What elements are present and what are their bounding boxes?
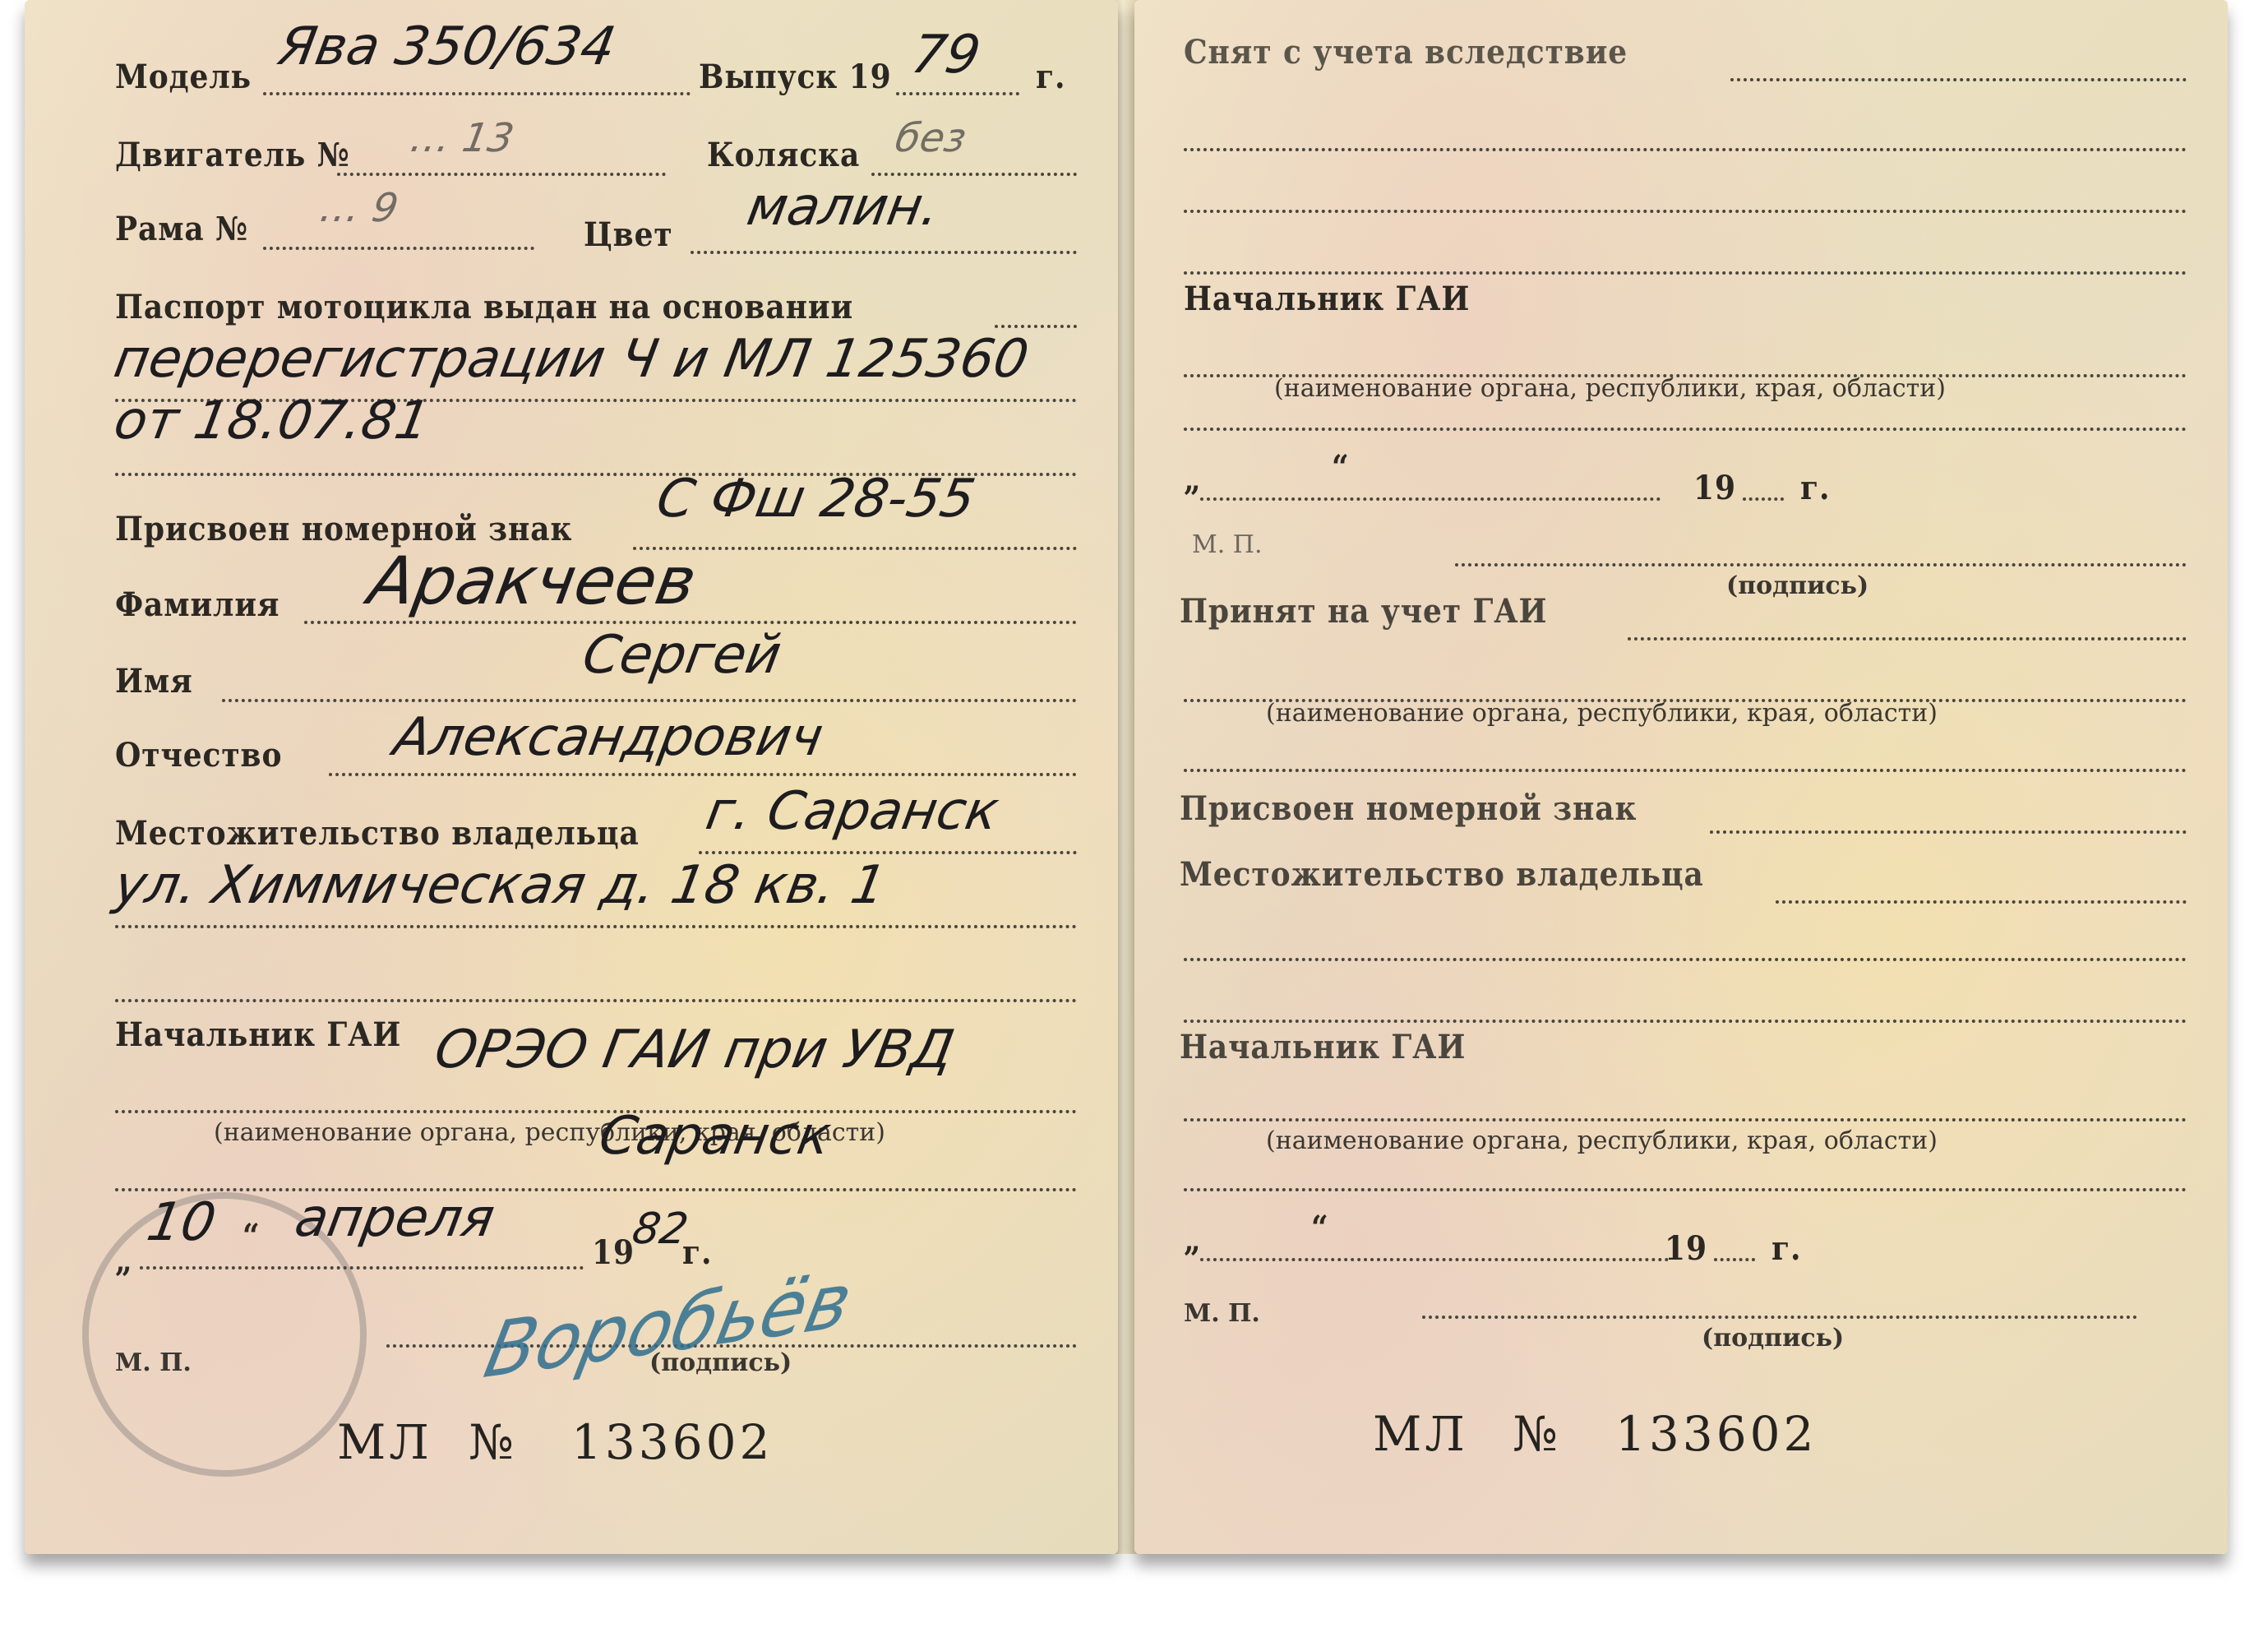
deregistered-field-line — [1730, 78, 2187, 81]
organ-hint-3: (наименование органа, республики, края, … — [1266, 1126, 1938, 1155]
color-field-line — [691, 251, 1077, 254]
residence-value-line1: г. Саранск — [701, 781, 1003, 842]
plate-value: С Фш 28-55 — [652, 469, 979, 530]
year-label: Выпуск 19 — [699, 58, 892, 96]
signature-hint-2: (подпись) — [1702, 1324, 1844, 1353]
chief-label-1: Начальник ГАИ — [1184, 280, 1470, 318]
signature-hint: (подпись) — [649, 1348, 792, 1377]
serial-number: 133602 — [571, 1414, 773, 1470]
organ-field-line-3 — [1184, 1188, 2187, 1191]
serial-series-right: МЛ — [1373, 1406, 1468, 1462]
sidecar-value: без — [892, 115, 970, 161]
stamp-label: М. П. — [115, 1348, 192, 1377]
engine-value: … 13 — [407, 115, 517, 161]
chief-field-line-2 — [115, 1188, 1077, 1191]
date-year-prefix-1: 19 — [1693, 469, 1736, 507]
basis-value-line1: перерегистрации Ч и МЛ 125360 — [109, 329, 1032, 390]
patronymic-label: Отчество — [115, 736, 282, 775]
residence-field-line-right — [1776, 900, 2187, 904]
date-year-prefix-2: 19 — [1665, 1229, 1707, 1268]
year-field-line — [896, 92, 1019, 95]
chief-value-line2: Саранск — [594, 1106, 834, 1167]
residence-field-line-2 — [115, 925, 1077, 928]
model-label: Модель — [115, 58, 252, 96]
deregistered-field-line-3 — [1184, 210, 2187, 213]
date-year-suffix-1: г. — [1800, 469, 1830, 507]
organ-field-line-1 — [1184, 428, 2187, 431]
name-field-line — [222, 699, 1077, 702]
signature-field-line-1 — [1455, 563, 2187, 567]
residence-value-line2: ул. Химмическая д. 18 кв. 1 — [109, 855, 890, 916]
registered-field-line — [1628, 637, 2187, 641]
date-open-quote-1: „ — [1184, 460, 1202, 499]
organ-field-line-2 — [1184, 769, 2187, 772]
serial-no-sign: № — [469, 1414, 517, 1470]
serial-no-sign-right: № — [1513, 1406, 1561, 1462]
date-open-quote: „ — [115, 1242, 133, 1280]
date-field-line-2 — [1200, 1258, 1669, 1261]
chief-value-line1: ОРЭО ГАИ при УВД — [430, 1020, 958, 1080]
frame-field-line — [263, 247, 534, 250]
stamp-label-2: М. П. — [1184, 1299, 1260, 1328]
signature-hint-1: (подпись) — [1726, 571, 1868, 600]
chief-field-line-2 — [1184, 1118, 2187, 1121]
engine-field-line — [337, 173, 666, 176]
date-month: апреля — [290, 1188, 499, 1249]
registered-label: Принят на учет ГАИ — [1180, 592, 1547, 631]
model-field-line — [263, 92, 691, 95]
residence-field-line-right-2 — [1184, 958, 2187, 961]
date-open-quote-2: „ — [1184, 1221, 1202, 1260]
surname-value: Аракчеев — [363, 543, 702, 619]
organ-hint-2: (наименование органа, республики, края, … — [1266, 699, 1938, 728]
date-close-quote-2: “ — [1311, 1209, 1329, 1247]
deregistered-label: Снят с учета вследствие — [1184, 33, 1628, 72]
surname-label: Фамилия — [115, 585, 279, 624]
name-label: Имя — [115, 662, 193, 701]
date-close-quote-1: “ — [1332, 448, 1350, 487]
color-label: Цвет — [584, 215, 673, 254]
residence-field-line-right-3 — [1184, 1020, 2187, 1023]
serial-number-right: 133602 — [1615, 1406, 1817, 1462]
color-value: малин. — [742, 177, 944, 238]
model-value: Ява 350/634 — [274, 16, 620, 77]
stamp-label-1: М. П. — [1192, 530, 1263, 559]
engine-label: Двигатель № — [115, 136, 350, 174]
chief-label: Начальник ГАИ — [115, 1015, 401, 1054]
serial-series: МЛ — [337, 1414, 432, 1470]
year-value: 79 — [907, 25, 984, 86]
sidecar-label: Коляска — [707, 136, 860, 174]
date-year-line-1 — [1743, 497, 1784, 501]
residence-label: Местожительство владельца — [115, 814, 640, 853]
deregistered-field-line-2 — [1184, 148, 2187, 151]
date-year-line-2 — [1714, 1258, 1755, 1261]
patronymic-value: Александрович — [389, 707, 827, 768]
residence-field-line-3 — [115, 999, 1077, 1002]
chief-field-line — [115, 1110, 1077, 1113]
surname-field-line — [304, 621, 1077, 624]
basis-label: Паспорт мотоцикла выдан на основании — [115, 288, 853, 326]
date-field-line-1 — [1200, 497, 1661, 501]
basis-value-line2: от 18.07.81 — [109, 391, 434, 451]
residence-field-line — [699, 851, 1077, 854]
organ-hint-1: (наименование органа, республики, края, … — [1274, 374, 1946, 403]
plate-label-right: Присвоен номерной знак — [1180, 789, 1637, 828]
signature-field-line-2 — [1422, 1316, 2137, 1319]
residence-label-right: Местожительство владельца — [1180, 855, 1704, 894]
plate-field-line-right — [1710, 830, 2187, 834]
deregistered-field-line-4 — [1184, 271, 2187, 275]
right-page: Снят с учета вследствие Начальник ГАИ (н… — [1134, 0, 2228, 1554]
date-field-line — [140, 1266, 584, 1269]
date-year-suffix: г. — [682, 1233, 712, 1272]
date-day: 10 — [142, 1192, 219, 1253]
date-year-suffix-2: г. — [1771, 1229, 1801, 1268]
chief-label-2: Начальник ГАИ — [1180, 1028, 1466, 1066]
frame-label: Рама № — [115, 210, 248, 248]
date-close-quote: “ — [243, 1217, 261, 1256]
left-page: Модель Ява 350/634 Выпуск 19 79 г. Двига… — [25, 0, 1118, 1554]
patronymic-field-line — [329, 773, 1077, 776]
year-suffix: г. — [1036, 58, 1065, 96]
name-value: Сергей — [578, 625, 785, 686]
sidecar-field-line — [871, 173, 1077, 176]
frame-value: … 9 — [316, 185, 402, 231]
basis-field-line — [995, 325, 1077, 328]
